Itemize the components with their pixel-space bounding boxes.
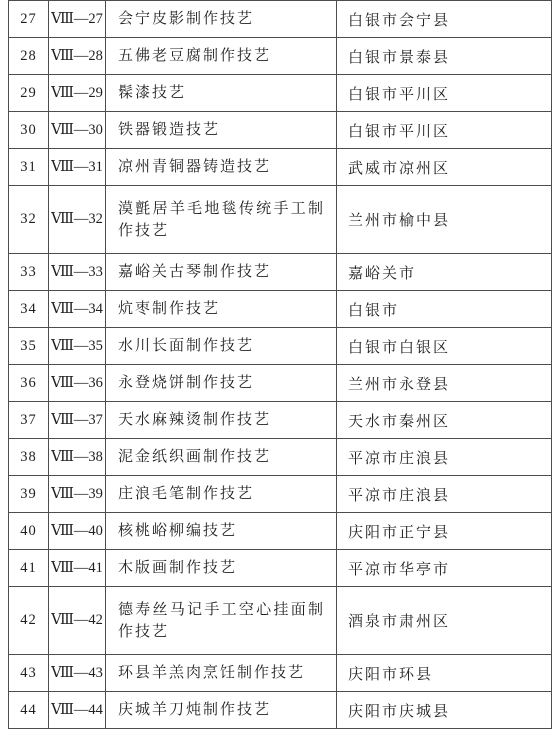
row-code: Ⅷ—41 — [49, 550, 106, 587]
row-number: 35 — [9, 328, 49, 365]
table-row: 43 Ⅷ—43 环县羊羔肉烹饪制作技艺 庆阳市环县 — [9, 655, 552, 692]
row-number: 29 — [9, 75, 49, 112]
row-project-name: 会宁皮影制作技艺 — [106, 1, 337, 38]
row-code: Ⅷ—35 — [49, 328, 106, 365]
row-code: Ⅷ—28 — [49, 38, 106, 75]
row-location: 白银市会宁县 — [337, 1, 552, 38]
table-row: 37 Ⅷ—37 天水麻辣烫制作技艺 天水市秦州区 — [9, 402, 552, 439]
row-location: 庆阳市正宁县 — [337, 513, 552, 550]
row-project-name: 五佛老豆腐制作技艺 — [106, 38, 337, 75]
row-project-name: 水川长面制作技艺 — [106, 328, 337, 365]
row-code: Ⅷ—37 — [49, 402, 106, 439]
row-code: Ⅷ—40 — [49, 513, 106, 550]
row-code: Ⅷ—32 — [49, 186, 106, 254]
row-location: 庆阳市环县 — [337, 655, 552, 692]
row-number: 31 — [9, 149, 49, 186]
row-code: Ⅷ—42 — [49, 587, 106, 655]
row-location: 平凉市庄浪县 — [337, 476, 552, 513]
row-code: Ⅷ—34 — [49, 291, 106, 328]
row-location: 酒泉市肃州区 — [337, 587, 552, 655]
row-code: Ⅷ—39 — [49, 476, 106, 513]
row-number: 34 — [9, 291, 49, 328]
row-location: 白银市 — [337, 291, 552, 328]
row-project-name: 漠氈居羊毛地毯传统手工制作技艺 — [106, 186, 337, 254]
row-location: 平凉市庄浪县 — [337, 439, 552, 476]
table-row: 40 Ⅷ—40 核桃峪柳编技艺 庆阳市正宁县 — [9, 513, 552, 550]
row-number: 38 — [9, 439, 49, 476]
row-project-name: 庄浪毛笔制作技艺 — [106, 476, 337, 513]
row-project-name: 铁器锻造技艺 — [106, 112, 337, 149]
row-code: Ⅷ—33 — [49, 254, 106, 291]
row-project-name: 炕枣制作技艺 — [106, 291, 337, 328]
row-project-name: 环县羊羔肉烹饪制作技艺 — [106, 655, 337, 692]
row-location: 兰州市永登县 — [337, 365, 552, 402]
row-project-name: 德寿丝马记手工空心挂面制作技艺 — [106, 587, 337, 655]
row-code: Ⅷ—44 — [49, 692, 106, 729]
row-location: 白银市景泰县 — [337, 38, 552, 75]
table-row: 35 Ⅷ—35 水川长面制作技艺 白银市白银区 — [9, 328, 552, 365]
row-location: 白银市平川区 — [337, 75, 552, 112]
row-project-name: 木版画制作技艺 — [106, 550, 337, 587]
row-location: 平凉市华亭市 — [337, 550, 552, 587]
row-number: 37 — [9, 402, 49, 439]
row-project-name: 髹漆技艺 — [106, 75, 337, 112]
row-number: 36 — [9, 365, 49, 402]
row-location: 武威市凉州区 — [337, 149, 552, 186]
row-code: Ⅷ—43 — [49, 655, 106, 692]
row-code: Ⅷ—36 — [49, 365, 106, 402]
row-number: 28 — [9, 38, 49, 75]
document-page: 27 Ⅷ—27 会宁皮影制作技艺 白银市会宁县 28 Ⅷ—28 五佛老豆腐制作技… — [0, 0, 555, 729]
row-project-name: 嘉峪关古琴制作技艺 — [106, 254, 337, 291]
row-number: 41 — [9, 550, 49, 587]
row-project-name: 庆城羊刀炖制作技艺 — [106, 692, 337, 729]
table-row: 38 Ⅷ—38 泥金纸织画制作技艺 平凉市庄浪县 — [9, 439, 552, 476]
row-number: 33 — [9, 254, 49, 291]
row-number: 43 — [9, 655, 49, 692]
row-location: 兰州市榆中县 — [337, 186, 552, 254]
row-project-name: 核桃峪柳编技艺 — [106, 513, 337, 550]
heritage-table-body: 27 Ⅷ—27 会宁皮影制作技艺 白银市会宁县 28 Ⅷ—28 五佛老豆腐制作技… — [9, 1, 552, 729]
row-project-name: 天水麻辣烫制作技艺 — [106, 402, 337, 439]
row-number: 30 — [9, 112, 49, 149]
heritage-list-table: 27 Ⅷ—27 会宁皮影制作技艺 白银市会宁县 28 Ⅷ—28 五佛老豆腐制作技… — [8, 0, 552, 729]
table-row: 42 Ⅷ—42 德寿丝马记手工空心挂面制作技艺 酒泉市肃州区 — [9, 587, 552, 655]
table-row: 29 Ⅷ—29 髹漆技艺 白银市平川区 — [9, 75, 552, 112]
table-row: 34 Ⅷ—34 炕枣制作技艺 白银市 — [9, 291, 552, 328]
row-number: 27 — [9, 1, 49, 38]
row-code: Ⅷ—38 — [49, 439, 106, 476]
row-location: 白银市平川区 — [337, 112, 552, 149]
row-code: Ⅷ—31 — [49, 149, 106, 186]
table-row: 30 Ⅷ—30 铁器锻造技艺 白银市平川区 — [9, 112, 552, 149]
table-row: 44 Ⅷ—44 庆城羊刀炖制作技艺 庆阳市庆城县 — [9, 692, 552, 729]
row-location: 庆阳市庆城县 — [337, 692, 552, 729]
row-project-name: 泥金纸织画制作技艺 — [106, 439, 337, 476]
table-row: 31 Ⅷ—31 凉州青铜器铸造技艺 武威市凉州区 — [9, 149, 552, 186]
row-project-name: 凉州青铜器铸造技艺 — [106, 149, 337, 186]
table-row: 39 Ⅷ—39 庄浪毛笔制作技艺 平凉市庄浪县 — [9, 476, 552, 513]
table-row: 41 Ⅷ—41 木版画制作技艺 平凉市华亭市 — [9, 550, 552, 587]
row-location: 白银市白银区 — [337, 328, 552, 365]
row-project-name: 永登烧饼制作技艺 — [106, 365, 337, 402]
row-number: 39 — [9, 476, 49, 513]
table-row: 36 Ⅷ—36 永登烧饼制作技艺 兰州市永登县 — [9, 365, 552, 402]
row-number: 40 — [9, 513, 49, 550]
row-code: Ⅷ—30 — [49, 112, 106, 149]
table-row: 27 Ⅷ—27 会宁皮影制作技艺 白银市会宁县 — [9, 1, 552, 38]
row-number: 42 — [9, 587, 49, 655]
table-row: 32 Ⅷ—32 漠氈居羊毛地毯传统手工制作技艺 兰州市榆中县 — [9, 186, 552, 254]
row-location: 嘉峪关市 — [337, 254, 552, 291]
row-location: 天水市秦州区 — [337, 402, 552, 439]
table-row: 28 Ⅷ—28 五佛老豆腐制作技艺 白银市景泰县 — [9, 38, 552, 75]
row-number: 32 — [9, 186, 49, 254]
row-code: Ⅷ—27 — [49, 1, 106, 38]
row-code: Ⅷ—29 — [49, 75, 106, 112]
table-row: 33 Ⅷ—33 嘉峪关古琴制作技艺 嘉峪关市 — [9, 254, 552, 291]
row-number: 44 — [9, 692, 49, 729]
